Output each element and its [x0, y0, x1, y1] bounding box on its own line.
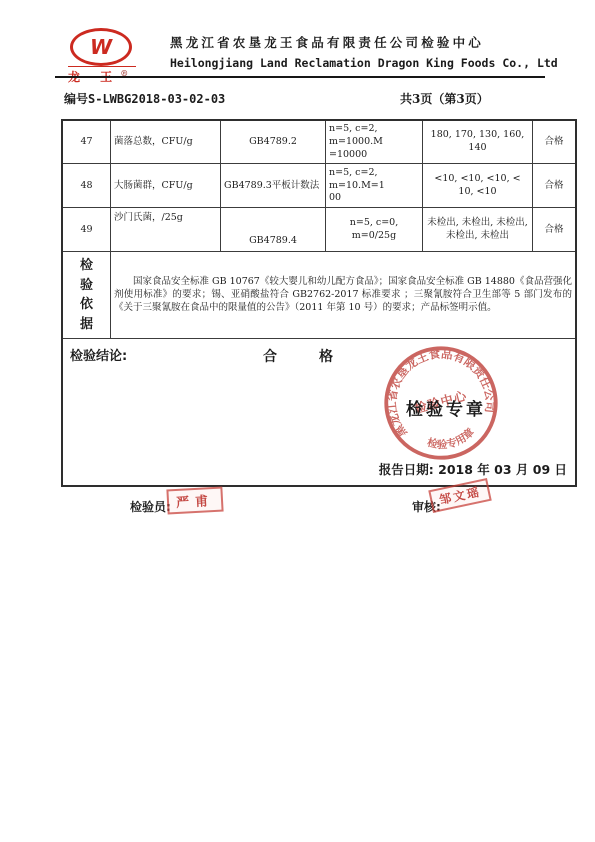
test-standard: n=5, c=2, m=1000.M =10000 — [326, 120, 423, 164]
svg-text:黑龙江省农垦龙王食品有限责任公司: 黑龙江省农垦龙王食品有限责任公司 — [372, 334, 502, 441]
conclusion-cell: 检验结论: 合 格 黑龙江省农垦龙王食品有限责任公司 检验中心 — [62, 339, 576, 487]
company-title-en: Heilongjiang Land Reclamation Dragon Kin… — [170, 56, 550, 70]
basis-row: 检 验 依 据 国家食品安全标准 GB 10767《较大婴儿和幼儿配方食品》；国… — [62, 252, 576, 339]
basis-label-char: 检 — [80, 257, 93, 275]
seal-overlay-text: 检验专章 — [406, 399, 486, 422]
svg-text:检验专用章: 检验专用章 — [423, 424, 479, 457]
test-result: 180, 170, 130, 160, 140 — [423, 120, 533, 164]
test-item: 大肠菌群，CFU/g — [111, 164, 221, 208]
report-page: W 龙 王® 黑龙江省农垦龙王食品有限责任公司检验中心 Heilongjiang… — [0, 0, 595, 842]
logo-w-mark: W — [90, 37, 112, 57]
header-titles: 黑龙江省农垦龙王食品有限责任公司检验中心 Heilongjiang Land R… — [170, 33, 550, 70]
row-number: 49 — [62, 208, 111, 252]
basis-text: 国家食品安全标准 GB 10767《较大婴儿和幼儿配方食品》；国家食品安全标准 … — [111, 252, 577, 339]
inspector-name-stamp: 严甫 — [166, 487, 223, 515]
table-row: 48 大肠菌群，CFU/g GB4789.3平板计数法 n=5, c=2, m=… — [62, 164, 576, 208]
row-number: 47 — [62, 120, 111, 164]
conclusion-label: 检验结论: — [70, 348, 127, 366]
header-divider — [55, 76, 545, 78]
report-date: 报告日期: 2018 年 03 月 09 日 — [379, 462, 567, 479]
test-method: GB4789.2 — [221, 120, 326, 164]
row-number: 48 — [62, 164, 111, 208]
test-standard: n=5, c=2, m=10.M=1 00 — [326, 164, 423, 208]
table-row: 49 沙门氏菌，/25g GB4789.4 n=5, c=0, m=0/25g … — [62, 208, 576, 252]
inspector-label: 检验员: — [130, 498, 171, 515]
basis-label-stack: 检 验 依 据 — [66, 255, 107, 335]
row-conclusion: 合格 — [533, 164, 577, 208]
basis-label-char: 据 — [80, 316, 93, 334]
report-number: 编号S-LWBG2018-03-02-03 — [64, 90, 225, 107]
row-conclusion: 合格 — [533, 120, 577, 164]
company-logo: W 龙 王® — [64, 28, 146, 74]
results-table: 47 菌落总数，CFU/g GB4789.2 n=5, c=2, m=1000.… — [61, 119, 577, 487]
basis-label: 检 验 依 据 — [62, 252, 111, 339]
seal-arc-bottom-text: 检验专用章 — [423, 424, 479, 457]
seal-arc-top-text: 黑龙江省农垦龙王食品有限责任公司 — [372, 334, 502, 441]
test-item: 菌落总数，CFU/g — [111, 120, 221, 164]
test-item: 沙门氏菌，/25g — [111, 208, 221, 252]
conclusion-row: 检验结论: 合 格 黑龙江省农垦龙王食品有限责任公司 检验中心 — [62, 339, 576, 487]
test-result: 未检出, 未检出, 未检出, 未检出, 未检出 — [423, 208, 533, 252]
basis-label-char: 验 — [80, 277, 93, 295]
logo-oval-icon: W — [70, 28, 132, 66]
row-conclusion: 合格 — [533, 208, 577, 252]
basis-paragraph: 国家食品安全标准 GB 10767《较大婴儿和幼儿配方食品》；国家食品安全标准 … — [114, 276, 572, 314]
basis-label-char: 依 — [80, 296, 93, 314]
table-row: 47 菌落总数，CFU/g GB4789.2 n=5, c=2, m=1000.… — [62, 120, 576, 164]
test-method: GB4789.4 — [221, 208, 326, 252]
page-count: 共3页（第3页） — [400, 90, 489, 107]
test-standard: n=5, c=0, m=0/25g — [326, 208, 423, 252]
company-title-cn: 黑龙江省农垦龙王食品有限责任公司检验中心 — [170, 33, 550, 51]
conclusion-value: 合 格 — [263, 348, 347, 367]
test-method: GB4789.3平板计数法 — [221, 164, 326, 208]
test-result: <10, <10, <10, < 10, <10 — [423, 164, 533, 208]
